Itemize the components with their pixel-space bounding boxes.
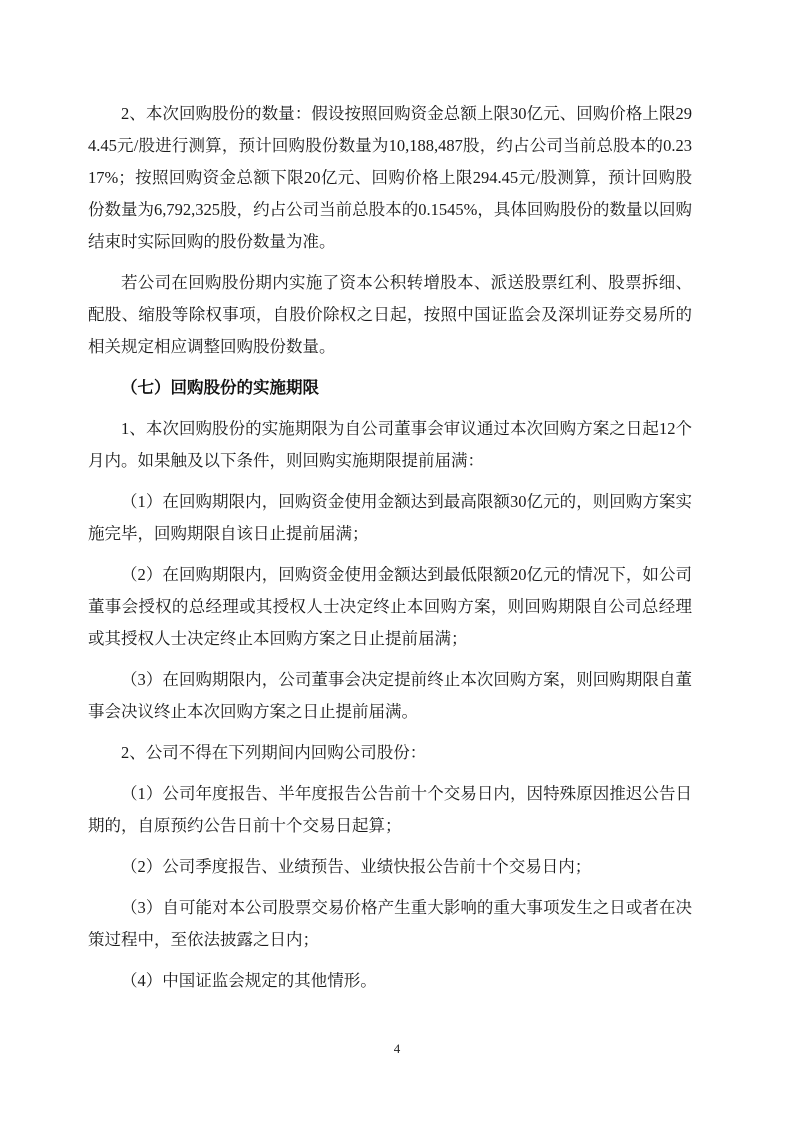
paragraph-adjustment-rules: 若公司在回购股份期内实施了资本公积转增股本、派送股票红利、股票拆细、配股、缩股等… — [88, 267, 692, 363]
page-content: 2、本次回购股份的数量：假设按照回购资金总额上限30亿元、回购价格上限294.4… — [88, 98, 692, 1006]
paragraph-condition-1-max-limit: （1）在回购期限内，回购资金使用金额达到最高限额30亿元的，则回购方案实施完毕，… — [88, 486, 692, 550]
paragraph-condition-3-board-decision: （3）在回购期限内，公司董事会决定提前终止本次回购方案，则回购期限自董事会决议终… — [88, 664, 692, 728]
paragraph-prohibited-2-quarterly: （2）公司季度报告、业绩预告、业绩快报公告前十个交易日内； — [88, 851, 692, 883]
paragraph-repurchase-quantity: 2、本次回购股份的数量：假设按照回购资金总额上限30亿元、回购价格上限294.4… — [88, 98, 692, 258]
paragraph-condition-2-min-limit: （2）在回购期限内，回购资金使用金额达到最低限额20亿元的情况下，如公司董事会授… — [88, 559, 692, 655]
page-number: 4 — [0, 1041, 794, 1057]
document-page: 2、本次回购股份的数量：假设按照回购资金总额上限30亿元、回购价格上限294.4… — [0, 0, 794, 1123]
section-heading-implementation-period: （七）回购股份的实施期限 — [88, 372, 692, 404]
paragraph-prohibited-periods-intro: 2、公司不得在下列期间内回购公司股份： — [88, 737, 692, 769]
paragraph-period-12-months: 1、本次回购股份的实施期限为自公司董事会审议通过本次回购方案之日起12个月内。如… — [88, 413, 692, 477]
paragraph-prohibited-4-csrc-other: （4）中国证监会规定的其他情形。 — [88, 965, 692, 997]
paragraph-prohibited-1-annual-report: （1）公司年度报告、半年度报告公告前十个交易日内，因特殊原因推迟公告日期的，自原… — [88, 778, 692, 842]
paragraph-prohibited-3-major-events: （3）自可能对本公司股票交易价格产生重大影响的重大事项发生之日或者在决策过程中，… — [88, 892, 692, 956]
